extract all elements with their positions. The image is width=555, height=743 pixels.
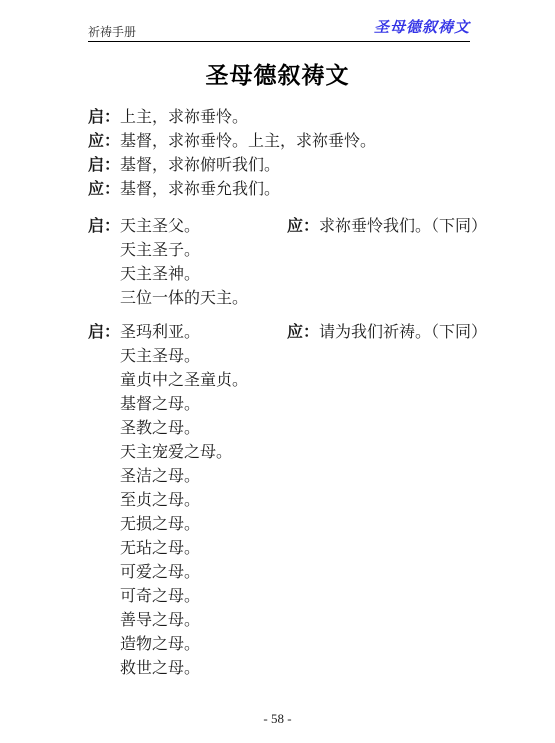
litany-block-opening: 启：上主，求祢垂怜。 应：基督，求祢垂怜。上主，求祢垂怜。 启：基督，求祢俯听我…: [88, 106, 515, 202]
line-text: 上主，求祢垂怜。: [120, 109, 248, 126]
litany-line: 天主圣子。: [88, 239, 515, 263]
litany-line: 天主宠爱之母。: [88, 441, 515, 465]
versicle-label: 启：: [88, 218, 120, 235]
litany-line: 应：基督，求祢垂允我们。: [88, 178, 515, 202]
litany-line: 基督之母。: [88, 393, 515, 417]
litany-line: 童贞中之圣童贞。: [88, 369, 515, 393]
litany-line: 善导之母。: [88, 609, 515, 633]
versicle-label: 启：: [88, 157, 120, 174]
litany-line-with-response: 启：天主圣父。 应：求祢垂怜我们。（下同）: [88, 215, 515, 239]
page-number: - 58 -: [0, 707, 555, 731]
document-page: 祈祷手册 圣母德叙祷文 圣母德叙祷文 启：上主，求祢垂怜。 应：基督，求祢垂怜。…: [0, 0, 555, 743]
response-label: 应：: [287, 218, 319, 235]
litany-line: 应：基督，求祢垂怜。上主，求祢垂怜。: [88, 130, 515, 154]
line-text: 天主圣父。: [120, 218, 200, 235]
litany-line: 救世之母。: [88, 657, 515, 681]
litany-line: 无损之母。: [88, 513, 515, 537]
litany-line: 无玷之母。: [88, 537, 515, 561]
litany-line-with-response: 启：圣玛利亚。 应：请为我们祈祷。（下同）: [88, 321, 515, 345]
litany-line: 可爱之母。: [88, 561, 515, 585]
line-text: 基督，求祢俯听我们。: [120, 157, 280, 174]
header-booklet-title: 祈祷手册: [88, 25, 136, 39]
litany-line: 启：上主，求祢垂怜。: [88, 106, 515, 130]
litany-line: 三位一体的天主。: [88, 287, 515, 311]
litany-line: 至贞之母。: [88, 489, 515, 513]
litany-block-trinity: 启：天主圣父。 应：求祢垂怜我们。（下同） 天主圣子。 天主圣神。 三位一体的天…: [88, 215, 515, 311]
litany-block-marian: 启：圣玛利亚。 应：请为我们祈祷。（下同） 天主圣母。 童贞中之圣童贞。 基督之…: [88, 321, 515, 681]
litany-line: 圣洁之母。: [88, 465, 515, 489]
response-text: 求祢垂怜我们。（下同）: [319, 218, 487, 235]
versicle-label: 启：: [88, 109, 120, 126]
response-label: 应：: [287, 324, 319, 341]
response-column: 应：请为我们祈祷。（下同）: [287, 321, 487, 345]
response-label: 应：: [88, 181, 120, 198]
header-rule: [88, 41, 470, 42]
line-text: 圣玛利亚。: [120, 324, 200, 341]
response-label: 应：: [88, 133, 120, 150]
litany-line: 造物之母。: [88, 633, 515, 657]
response-column: 应：求祢垂怜我们。（下同）: [287, 215, 487, 239]
line-text: 基督，求祢垂怜。上主，求祢垂怜。: [120, 133, 376, 150]
litany-body: 启：上主，求祢垂怜。 应：基督，求祢垂怜。上主，求祢垂怜。 启：基督，求祢俯听我…: [88, 106, 515, 681]
page-title: 圣母德叙祷文: [0, 57, 555, 90]
litany-line: 天主圣神。: [88, 263, 515, 287]
litany-line: 启：基督，求祢俯听我们。: [88, 154, 515, 178]
header-section-title: 圣母德叙祷文: [374, 19, 470, 37]
litany-line: 圣教之母。: [88, 417, 515, 441]
litany-line: 天主圣母。: [88, 345, 515, 369]
litany-line: 可奇之母。: [88, 585, 515, 609]
versicle-label: 启：: [88, 324, 120, 341]
line-text: 基督，求祢垂允我们。: [120, 181, 280, 198]
response-text: 请为我们祈祷。（下同）: [319, 324, 487, 341]
